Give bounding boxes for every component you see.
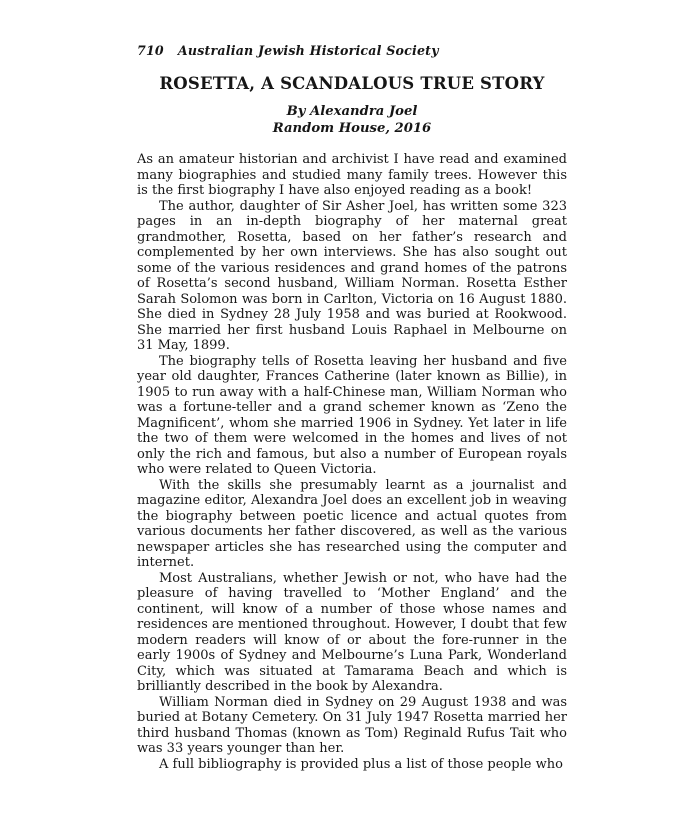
document-page: 710Australian Jewish Historical Society …: [0, 0, 700, 827]
journal-title: Australian Jewish Historical Society: [178, 43, 439, 58]
publisher-line: Random House, 2016: [137, 121, 567, 136]
article-body: As an amateur historian and archivist I …: [137, 152, 567, 772]
paragraph: As an amateur historian and archivist I …: [137, 152, 567, 199]
paragraph: The biography tells of Rosetta leaving h…: [137, 354, 567, 478]
byline: By Alexandra Joel: [137, 104, 567, 119]
paragraph: William Norman died in Sydney on 29 Augu…: [137, 695, 567, 757]
paragraph: With the skills she presumably learnt as…: [137, 478, 567, 571]
article-title: ROSETTA, A SCANDALOUS TRUE STORY: [137, 74, 567, 93]
page-number: 710: [137, 43, 164, 58]
paragraph: Most Australians, whether Jewish or not,…: [137, 571, 567, 695]
paragraph: The author, daughter of Sir Asher Joel, …: [137, 199, 567, 354]
running-header: 710Australian Jewish Historical Society: [137, 43, 439, 58]
paragraph: A full bibliography is provided plus a l…: [137, 757, 567, 773]
